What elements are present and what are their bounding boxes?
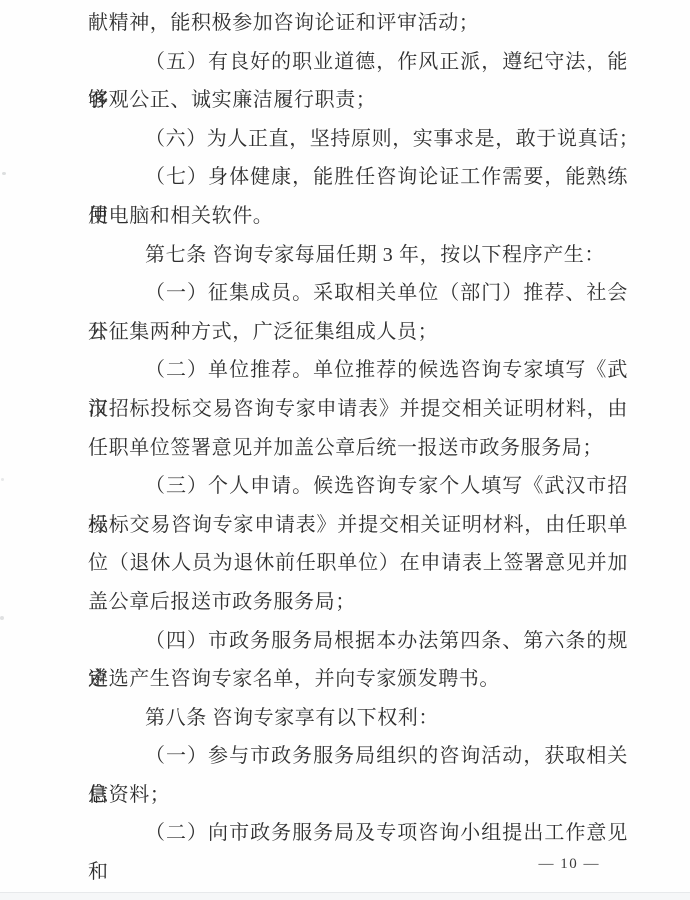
text-line: 任职单位签署意见并加盖公章后统一报送市政务服务局； — [88, 429, 628, 468]
text-line: （五）有良好的职业道德，作风正派，遵纪守法，能够 — [88, 43, 628, 82]
text-line: 息资料； — [88, 776, 628, 815]
text-line: 第七条 咨询专家每届任期 3 年，按以下程序产生： — [88, 236, 628, 275]
page-number: — 10 — — [539, 856, 601, 873]
text-line: 遴选产生咨询专家名单，并向专家颁发聘书。 — [88, 660, 628, 699]
text-line: （四）市政务服务局根据本办法第四条、第六条的规定 — [88, 622, 628, 661]
text-line: 市招标投标交易咨询专家申请表》并提交相关证明材料，由 — [88, 390, 628, 429]
text-line: （一）征集成员。采取相关单位（部门）推荐、社会公 — [88, 274, 628, 313]
text-line: 献精神，能积极参加咨询论证和评审活动； — [88, 4, 628, 43]
scan-speck — [1, 478, 4, 481]
text-line: （二）向市政务服务局及专项咨询小组提出工作意见和 — [88, 814, 628, 853]
text-line: 位（退休人员为退休前任职单位）在申请表上签署意见并加 — [88, 544, 628, 583]
text-line: 开征集两种方式，广泛征集组成人员； — [88, 313, 628, 352]
text-line: 用电脑和相关软件。 — [88, 197, 628, 236]
page-bottom-edge — [0, 892, 690, 900]
text-line: （二）单位推荐。单位推荐的候选咨询专家填写《武汉 — [88, 351, 628, 390]
text-line: 客观公正、诚实廉洁履行职责； — [88, 81, 628, 120]
scan-speck — [2, 172, 6, 175]
scan-speck — [0, 616, 4, 620]
text-line: （一）参与市政务服务局组织的咨询活动，获取相关信 — [88, 737, 628, 776]
text-line: 盖公章后报送市政务服务局； — [88, 583, 628, 622]
text-line: 第八条 咨询专家享有以下权利： — [88, 699, 628, 738]
document-page: 献精神，能积极参加咨询论证和评审活动； （五）有良好的职业道德，作风正派，遵纪守… — [0, 0, 690, 900]
text-line: 投标交易咨询专家申请表》并提交相关证明材料，由任职单 — [88, 506, 628, 545]
document-text-block: 献精神，能积极参加咨询论证和评审活动； （五）有良好的职业道德，作风正派，遵纪守… — [88, 4, 628, 853]
text-line: （六）为人正直，坚持原则，实事求是，敢于说真话； — [88, 120, 628, 159]
text-line: （七）身体健康，能胜任咨询论证工作需要，能熟练使 — [88, 158, 628, 197]
text-line: （三）个人申请。候选咨询专家个人填写《武汉市招标 — [88, 467, 628, 506]
